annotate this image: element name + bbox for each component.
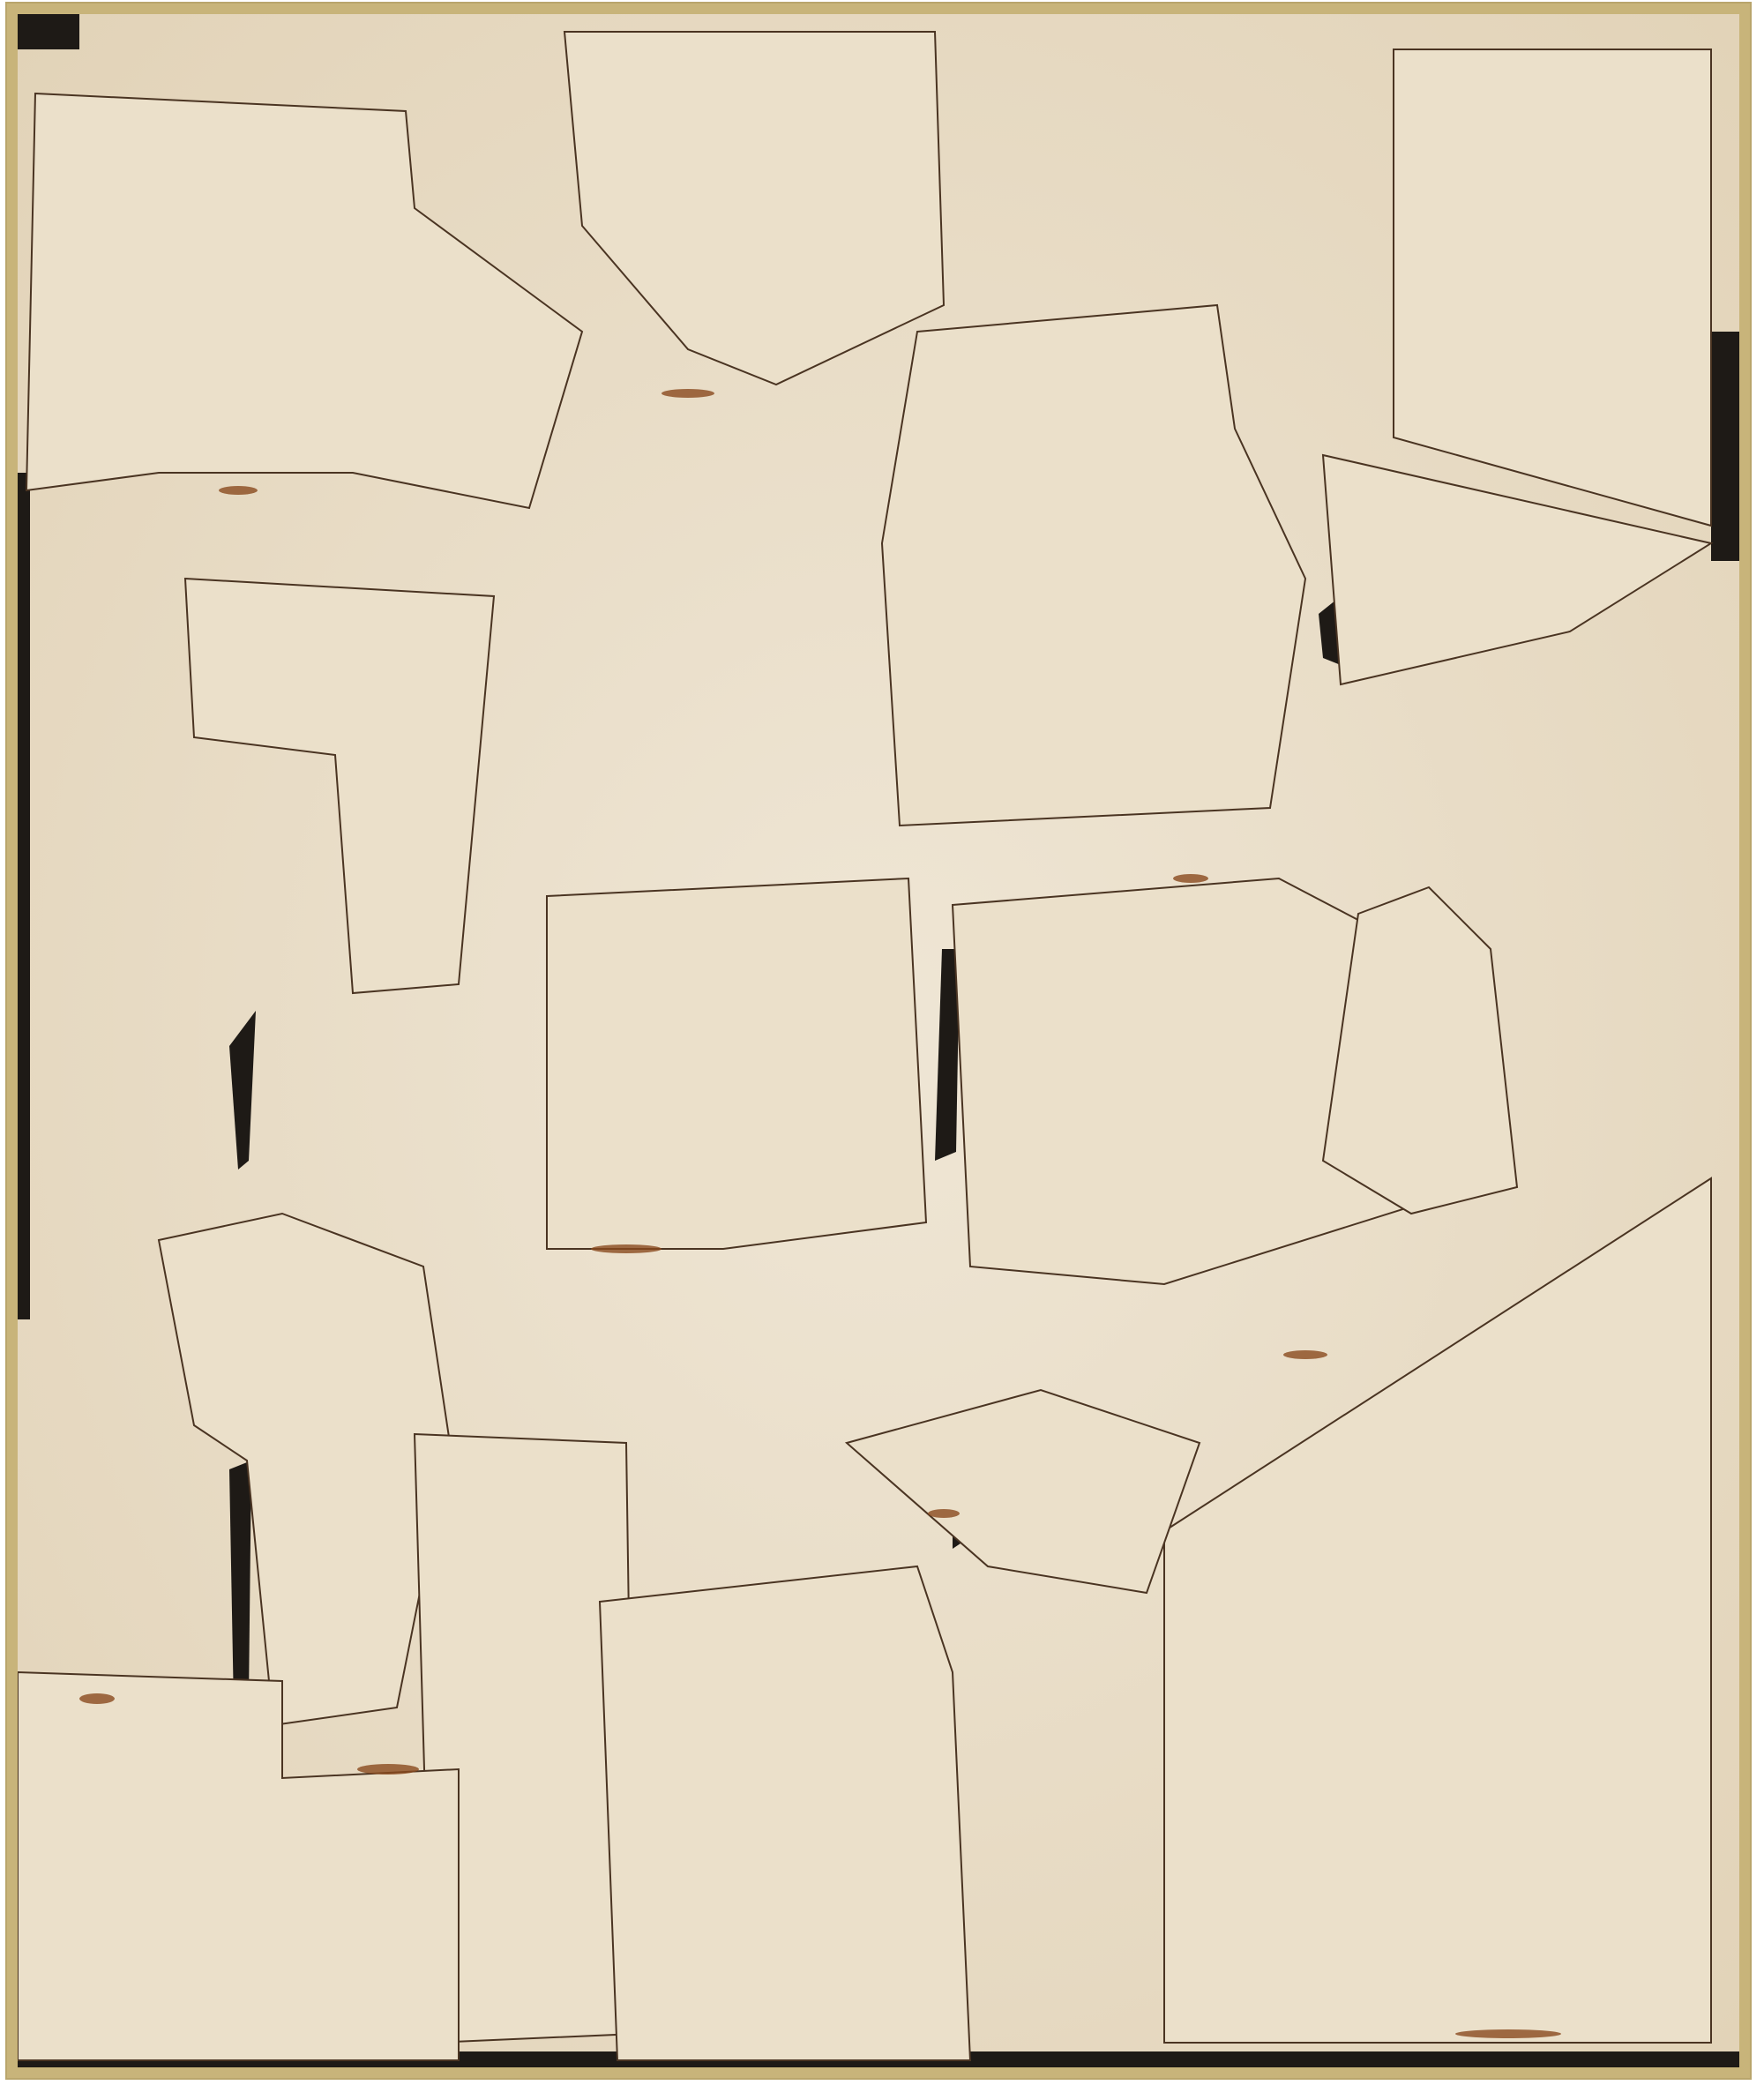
collage-canvas [18,14,1739,2067]
collage-shapes [18,14,1739,2067]
